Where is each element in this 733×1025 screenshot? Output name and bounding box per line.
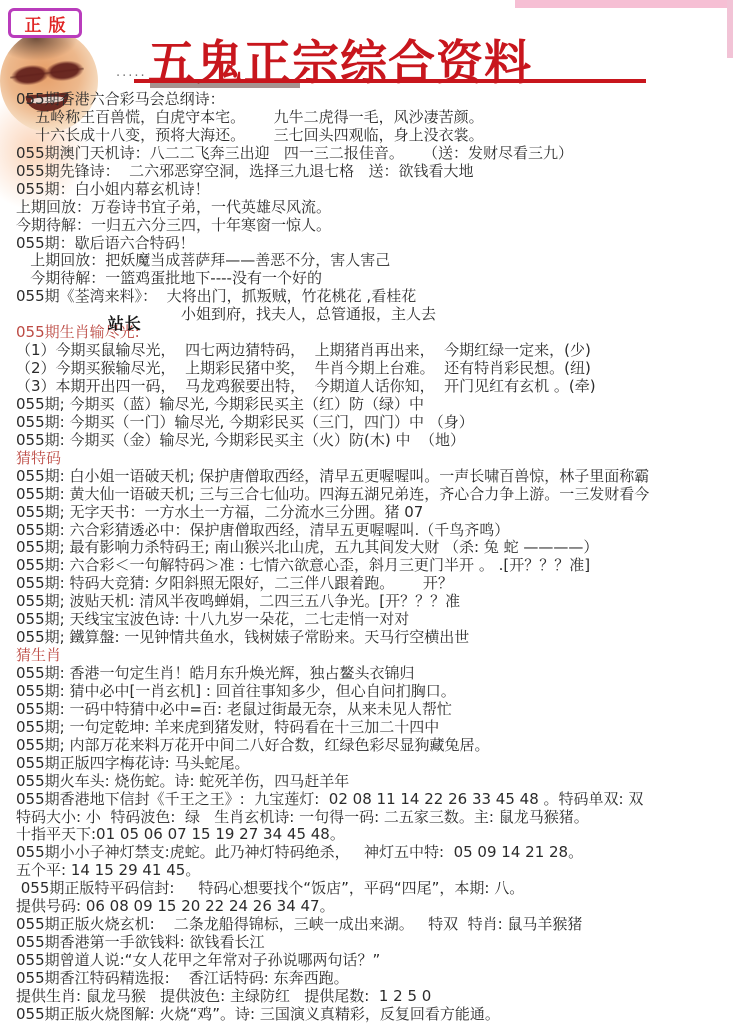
text-line: 055期; 天线宝宝波色诗: 十八九岁一朵花，二七走悄一对对	[0, 610, 733, 628]
text-line-content: 猜生肖	[16, 646, 61, 664]
text-line: 055期; 鐵算盤: 一见钟情共鱼水，钱树婊子常盼来。天马行空横出世	[0, 628, 733, 646]
text-line: 055期: 猜中必中[一肖玄机] : 回首往事知多少，但心自问扪胸口。	[0, 682, 733, 700]
text-line: 055期先锋诗： 二六邪恶穿空洞，选择三九退七格 送：欲钱看大地	[0, 162, 733, 180]
text-line-content: 猜特码	[16, 449, 61, 467]
text-line: 055期: 特码大竞猜: 夕阳斜照无限好，二三伴八跟着跑。 开？	[0, 574, 733, 592]
text-line-content: 055期正版火烧玄机: 二条龙船得锦标，三峡一成出来湖。 特双 特肖: 鼠马羊猴…	[16, 915, 582, 933]
text-line-content: 055期先锋诗： 二六邪恶穿空洞，选择三九退七格 送：欲钱看大地	[16, 162, 473, 180]
text-line-content: 055期香港第一手欲钱料: 欲钱看长江	[16, 933, 264, 951]
text-line-content: 十六长成十八变，预将大海还。 三七回头四观临，身上没衣裳。	[16, 126, 484, 144]
text-line-content: 055期澳门天机诗：八二二飞奔三出迎 四一三二报佳音。 （送：发财尽看三九）	[16, 144, 573, 162]
text-line: 五岭称王百兽慌，白虎守本宅。 九牛二虎得一毛，风沙凄苦颜。	[0, 108, 733, 126]
text-line: 055期火车头: 烧伤蛇。诗: 蛇死羊伤，四马赶羊年	[0, 772, 733, 790]
text-line-content: 055期香港地下信封《千王之王》: 九宝莲灯: 02 08 11 14 22 2…	[16, 790, 643, 808]
text-line-content: 055期: 六合彩猜透必中：保护唐僧取西经，清早五更喔喔叫.（千鸟齐鸣）	[16, 521, 509, 539]
text-line-content: 055期; 一句定乾坤: 羊来虎到猪发财，特码看在十三加二十四中	[16, 718, 439, 736]
text-line: 猜生肖	[0, 646, 733, 664]
sunglasses-icon	[9, 56, 86, 89]
text-line-content: 五个平: 14 15 29 41 45。	[16, 861, 200, 879]
text-line: 今期待解：一归五六分三四，十年寒窗一惊人。	[0, 216, 733, 234]
text-line-content: 今期待解：一篮鸡蛋批地下----没有一个好的	[16, 269, 322, 287]
text-line-content: 055期: 黄大仙一语破天机; 三与三合七仙功。四海五湖兄弟连，齐心合力争上游。…	[16, 485, 649, 503]
text-line-content: 055期: 白小姐一语破天机; 保护唐僧取西经，清早五更喔喔叫。一声长啸百兽惊，…	[16, 467, 649, 485]
text-line-content: 055期火车头: 烧伤蛇。诗: 蛇死羊伤，四马赶羊年	[16, 772, 349, 790]
text-line: 055期: 六合彩＜一句解特码＞准 : 七情六欲意心歪，斜月三更门半开 。 .[…	[0, 556, 733, 574]
text-line: 五个平: 14 15 29 41 45。	[0, 861, 733, 879]
text-line: 055期正版火烧玄机: 二条龙船得锦标，三峡一成出来湖。 特双 特肖: 鼠马羊猴…	[0, 915, 733, 933]
text-line-content: 055期: 今期买（一门）输尽光, 今期彩民买（三门，四门）中 （身）	[16, 413, 474, 431]
text-line: 055期：歇后语六合特码！	[0, 234, 733, 252]
text-line: 055期澳门天机诗：八二二飞奔三出迎 四一三二报佳音。 （送：发财尽看三九）	[0, 144, 733, 162]
text-line: 055期正版火烧图解: 火烧“鸡”。诗: 三国演义真精彩，反复回看方能通。	[0, 1005, 733, 1023]
text-line-content: 055期正版特平码信封: 特码心想要找个“饭店”，平码“四尾”，本期: 八。	[16, 879, 524, 897]
text-line-content: 055期: 六合彩＜一句解特码＞准 : 七情六欲意心歪，斜月三更门半开 。 .[…	[16, 556, 590, 574]
text-line: 055期曾道人说:“女人花甲之年常对子孙说哪两句话？”	[0, 951, 733, 969]
text-line: 提供生肖: 鼠龙马猴 提供波色: 主绿防红 提供尾数: 1 2 5 0	[0, 987, 733, 1005]
text-line: 055期: 今期买（金）输尽光, 今期彩民买主（火）防(木) 中 （地）	[0, 431, 733, 449]
text-line-content: 十指平天下:01 05 06 07 15 19 27 34 45 48。	[16, 825, 345, 843]
decor-pink-strip-top	[515, 0, 733, 8]
text-line: 055期: 六合彩猜透必中：保护唐僧取西经，清早五更喔喔叫.（千鸟齐鸣）	[0, 521, 733, 539]
text-line: 055期香港六合彩马会总纲诗：	[0, 90, 733, 108]
text-line-content: （1）今期买鼠输尽光， 四七两边猜特码， 上期猪肖再出来， 今期红绿一定来，(少…	[16, 341, 591, 359]
text-line: 055期; 无字天书：一方水土一方福，二分流水三分囲。猪 07	[0, 503, 733, 521]
text-line: 今期待解：一篮鸡蛋批地下----没有一个好的	[0, 269, 733, 287]
text-line: 猜特码	[0, 449, 733, 467]
text-line: 055期; 一句定乾坤: 羊来虎到猪发财，特码看在十三加二十四中	[0, 718, 733, 736]
badge-label: 正版	[25, 11, 73, 36]
text-line: 055期《荃湾来料》： 大将出门，抓叛贼，竹花桃花 ,看桂花	[0, 287, 733, 305]
text-line-content: 055期正版四字梅花诗: 马头蛇尾。	[16, 754, 249, 772]
text-line: 055期: 今期买（一门）输尽光, 今期彩民买（三门，四门）中 （身）	[0, 413, 733, 431]
text-line: 055期香港第一手欲钱料: 欲钱看长江	[0, 933, 733, 951]
text-line-content: 055期: 特码大竞猜: 夕阳斜照无限好，二三伴八跟着跑。 开？	[16, 574, 453, 592]
text-line-content: 特码大小: 小 特码波色: 绿 生肖玄机诗: 一句得一码: 二五家三数。主: 鼠…	[16, 808, 589, 826]
text-line-content: 055期正版火烧图解: 火烧“鸡”。诗: 三国演义真精彩，反复回看方能通。	[16, 1005, 500, 1023]
text-line: 055期香江特码精选报: 香江话特码: 东奔西跑。	[0, 969, 733, 987]
text-line-content: （3）本期开出四一码， 马龙鸡猴要出特， 今期道人话你知， 开门见红有玄机 。(…	[16, 377, 596, 395]
text-line-content: 055期; 今期买（蓝）输尽光, 今期彩民买主（红）防（绿）中	[16, 395, 424, 413]
text-line: 055期: 一码中特猜中必中=百: 老鼠过街最无奈，从来未见人帮忙	[0, 700, 733, 718]
text-line-content: （2）今期买猴输尽光， 上期彩民猪中奖， 牛肖今期上台难。 还有特肖彩民想。(纽…	[16, 359, 591, 377]
text-line-content: 055期; 鐵算盤: 一见钟情共鱼水，钱树婊子常盼来。天马行空横出世	[16, 628, 469, 646]
webmaster-watermark: 站长	[108, 314, 142, 333]
text-line-content: 提供号码: 06 08 09 15 20 22 24 26 34 47。	[16, 897, 335, 915]
text-line: 055期生肖输尽光:站长	[0, 323, 733, 341]
text-line: 055期: 白小姐一语破天机; 保护唐僧取西经，清早五更喔喔叫。一声长啸百兽惊，…	[0, 467, 733, 485]
text-line: （1）今期买鼠输尽光， 四七两边猜特码， 上期猪肖再出来， 今期红绿一定来，(少…	[0, 341, 733, 359]
text-line-content: 055期: 香港一句定生肖！皓月东升焕光辉，独占鳌头衣锦归	[16, 664, 414, 682]
text-line: 055期正版特平码信封: 特码心想要找个“饭店”，平码“四尾”，本期: 八。	[0, 879, 733, 897]
text-line-content: 今期待解：一归五六分三四，十年寒窗一惊人。	[16, 216, 331, 234]
text-line: 055期; 内部万花来料万花开中间二八好合数，红绿色彩尽显狗藏兔居。	[0, 736, 733, 754]
title-underline	[134, 79, 646, 83]
text-line-content: 055期小小子神灯禁支:虎蛇。此乃神灯特码绝杀， 神灯五中特: 05 09 14…	[16, 843, 583, 861]
text-line: 055期; 最有影响力杀特码王; 南山猴兴北山虎，五九其间发大财 （杀: 兔 蛇…	[0, 538, 733, 556]
text-line-content: 上期回放：把妖魔当成菩萨拜——善恶不分，害人害己	[16, 251, 390, 269]
authentic-badge: 正版	[8, 8, 82, 38]
text-line-content: 小姐到府，找夫人，总管通报，主人去	[16, 305, 436, 323]
text-line-content: 055期; 内部万花来料万花开中间二八好合数，红绿色彩尽显狗藏兔居。	[16, 736, 489, 754]
text-line: 055期小小子神灯禁支:虎蛇。此乃神灯特码绝杀， 神灯五中特: 05 09 14…	[0, 843, 733, 861]
text-line-content: 055期：白小姐内幕玄机诗！	[16, 180, 210, 198]
text-line-content: 055期; 天线宝宝波色诗: 十八九岁一朵花，二七走悄一对对	[16, 610, 409, 628]
text-line: 055期：白小姐内幕玄机诗！	[0, 180, 733, 198]
decor-pink-strip-right	[727, 0, 733, 58]
text-line: 特码大小: 小 特码波色: 绿 生肖玄机诗: 一句得一码: 二五家三数。主: 鼠…	[0, 808, 733, 826]
text-line-content: 055期; 无字天书：一方水土一方福，二分流水三分囲。猪 07	[16, 503, 423, 521]
text-line-content: 055期：歇后语六合特码！	[16, 234, 195, 252]
text-line: 十指平天下:01 05 06 07 15 19 27 34 45 48。	[0, 825, 733, 843]
text-line: 上期回放：把妖魔当成菩萨拜——善恶不分，害人害己	[0, 251, 733, 269]
text-line-content: 提供生肖: 鼠龙马猴 提供波色: 主绿防红 提供尾数: 1 2 5 0	[16, 987, 431, 1005]
text-line-content: 055期; 最有影响力杀特码王; 南山猴兴北山虎，五九其间发大财 （杀: 兔 蛇…	[16, 538, 598, 556]
text-line-content: 055期香江特码精选报: 香江话特码: 东奔西跑。	[16, 969, 349, 987]
text-line: 055期: 香港一句定生肖！皓月东升焕光辉，独占鳌头衣锦归	[0, 664, 733, 682]
text-line-content: 055期: 一码中特猜中必中=百: 老鼠过街最无奈，从来未见人帮忙	[16, 700, 452, 718]
text-line-content: 055期: 猜中必中[一肖玄机] : 回首往事知多少，但心自问扪胸口。	[16, 682, 456, 700]
text-line: （2）今期买猴输尽光， 上期彩民猪中奖， 牛肖今期上台难。 还有特肖彩民想。(纽…	[0, 359, 733, 377]
text-line-content: 上期回放：万卷诗书宜子弟，一代英雄尽风流。	[16, 198, 331, 216]
text-line-content: 055期: 今期买（金）输尽光, 今期彩民买主（火）防(木) 中 （地）	[16, 431, 465, 449]
text-line: 055期香港地下信封《千王之王》: 九宝莲灯: 02 08 11 14 22 2…	[0, 790, 733, 808]
obscured-text-smudge	[150, 83, 300, 88]
text-line: 055期正版四字梅花诗: 马头蛇尾。	[0, 754, 733, 772]
text-line: 十六长成十八变，预将大海还。 三七回头四观临，身上没衣裳。	[0, 126, 733, 144]
text-line: （3）本期开出四一码， 马龙鸡猴要出特， 今期道人话你知， 开门见红有玄机 。(…	[0, 377, 733, 395]
text-line: 055期: 黄大仙一语破天机; 三与三合七仙功。四海五湖兄弟连，齐心合力争上游。…	[0, 485, 733, 503]
text-line-content: 055期《荃湾来料》： 大将出门，抓叛贼，竹花桃花 ,看桂花	[16, 287, 416, 305]
text-line-content: 055期; 波贴天机: 清风半夜鸣蝉娟，二四三五八争光。[开？？？准	[16, 592, 460, 610]
content-lines: 055期香港六合彩马会总纲诗： 五岭称王百兽慌，白虎守本宅。 九牛二虎得一毛，风…	[0, 90, 733, 1023]
text-line-content: 五岭称王百兽慌，白虎守本宅。 九牛二虎得一毛，风沙凄苦颜。	[16, 108, 484, 126]
text-line: 055期; 波贴天机: 清风半夜鸣蝉娟，二四三五八争光。[开？？？准	[0, 592, 733, 610]
text-line: 上期回放：万卷诗书宜子弟，一代英雄尽风流。	[0, 198, 733, 216]
text-line-content: 055期曾道人说:“女人花甲之年常对子孙说哪两句话？”	[16, 951, 380, 969]
text-line: 055期; 今期买（蓝）输尽光, 今期彩民买主（红）防（绿）中	[0, 395, 733, 413]
text-line: 提供号码: 06 08 09 15 20 22 24 26 34 47。	[0, 897, 733, 915]
text-line-content: 055期香港六合彩马会总纲诗：	[16, 90, 225, 108]
